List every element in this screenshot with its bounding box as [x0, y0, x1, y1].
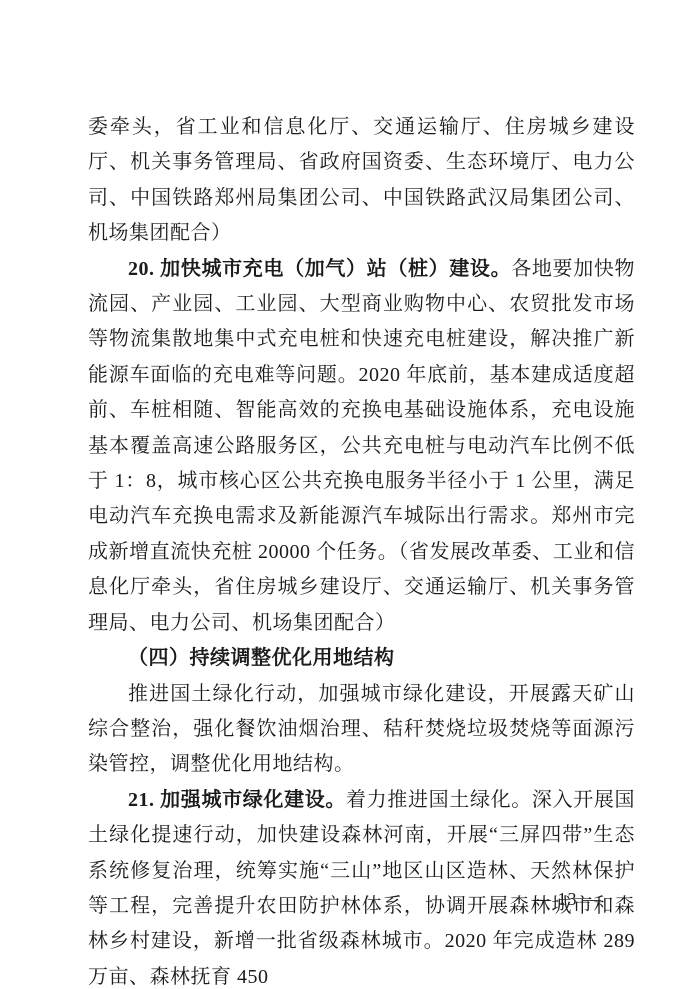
item-20-bold-heading: 20. 加快城市充电（加气）站（桩）建设。	[128, 258, 511, 280]
section-heading-four: （四）持续调整优化用地结构	[88, 641, 635, 676]
item-21-bold-heading: 21. 加强城市绿化建设。	[128, 789, 346, 811]
paragraph-item-21: 21. 加强城市绿化建设。着力推进国土绿化。深入开展国土绿化提速行动，加快建设森…	[88, 783, 635, 989]
page-number: — 13 —	[533, 889, 602, 910]
paragraph-continuation: 委牵头，省工业和信息化厅、交通运输厅、住房城乡建设厅、机关事务管理局、省政府国资…	[88, 110, 635, 252]
item-20-body-text: 各地要加快物流园、产业园、工业园、大型商业购物中心、农贸批发市场等物流集散地集中…	[88, 258, 635, 634]
paragraph-land-structure: 推进国土绿化行动，加强城市绿化建设，开展露天矿山综合整治，强化餐饮油烟治理、秸秆…	[88, 677, 635, 783]
document-body: 委牵头，省工业和信息化厅、交通运输厅、住房城乡建设厅、机关事务管理局、省政府国资…	[88, 110, 635, 989]
paragraph-item-20: 20. 加快城市充电（加气）站（桩）建设。各地要加快物流园、产业园、工业园、大型…	[88, 252, 635, 641]
document-page: 委牵头，省工业和信息化厅、交通运输厅、住房城乡建设厅、机关事务管理局、省政府国资…	[0, 0, 700, 989]
